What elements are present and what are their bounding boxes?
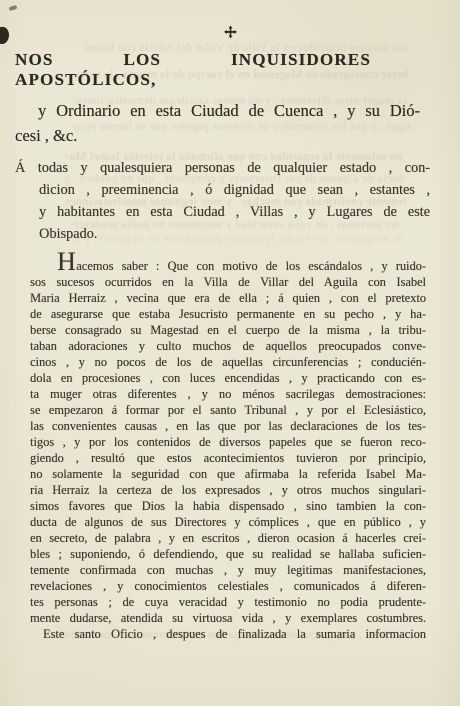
heading-line: cesi , &c. — [15, 123, 420, 148]
body-lines: sos sucesos ocurridos en la Villa de Vil… — [30, 274, 426, 626]
body-line: taban adoraciones y culto muchos de aque… — [30, 338, 426, 354]
body-line: ria Herraiz la certeza de los expresados… — [30, 482, 426, 498]
body-line: revelaciones , y conocimientos celestial… — [30, 578, 426, 594]
heading-line: NOS LOS INQUISIDORES APOSTÓLICOS, — [15, 50, 371, 90]
body-line: cinos , y no pocos de los de aquellas ci… — [30, 354, 426, 370]
maltese-cross-icon — [0, 24, 460, 44]
body-line: giendo , resultó que estos acontecimient… — [30, 450, 426, 466]
body-closing-line: Este santo Oficio , despues de finalizad… — [30, 626, 426, 642]
salutation-line: y habitantes en esta Ciudad , Villas , y… — [15, 201, 430, 223]
raised-initial-capital: H — [57, 247, 76, 276]
salutation-line: dicion , preeminencia , ó dignidad que s… — [15, 179, 430, 201]
body-line: sos sucesos ocurridos en la Villa de Vil… — [30, 274, 426, 290]
body-line: las convenientes causas , en las que por… — [30, 418, 426, 434]
salutation-line: Á todas y qualesquiera personas de qualq… — [15, 157, 430, 179]
body-line: tigos , y por los contenidos de diversos… — [30, 434, 426, 450]
body-line: se empezaron á formar por el santo Tribu… — [30, 402, 426, 418]
body-opening-line: Hacemos saber : Que con motivo de los es… — [30, 258, 426, 274]
salutation-paragraph: Á todas y qualesquiera personas de qualq… — [15, 157, 430, 245]
document-heading: NOS LOS INQUISIDORES APOSTÓLICOS,y Ordin… — [0, 50, 460, 148]
body-opening-line-text: acemos saber : Que con motivo de los esc… — [76, 259, 426, 273]
body-line: ducta de algunos de sus Directores y cóm… — [30, 514, 426, 530]
salutation-line: Obispado. — [15, 223, 430, 245]
body-line: ta muger otras diferentes , y no ménos s… — [30, 386, 426, 402]
body-line: de asegurarse que estaba Jesucristo perm… — [30, 306, 426, 322]
body-line: temente confirmada con muchas , y muy le… — [30, 562, 426, 578]
body-line: tes personas ; de cuya veracidad y testi… — [30, 594, 426, 610]
body-line: no solamente la seguridad con que afirma… — [30, 466, 426, 482]
body-line: berse consagrado su Magestad en el cuerp… — [30, 322, 426, 338]
body-line: mente dudarse, atendida su virtuosa vida… — [30, 610, 426, 626]
body-paragraph: Hacemos saber : Que con motivo de los es… — [30, 258, 426, 642]
body-line: dola en procesiones , con luces encendid… — [30, 370, 426, 386]
body-line: simos favores que Dios la habia dispensa… — [30, 498, 426, 514]
body-line: Maria Herraiz , vecina que era de ella ;… — [30, 290, 426, 306]
body-line: bles ; suponiendo, ó defendiendo, que su… — [30, 546, 426, 562]
document-page: sos sucesos ocurridos en la Villa de Vil… — [0, 0, 460, 706]
heading-line: y Ordinario en esta Ciudad de Cuenca , y… — [38, 98, 420, 123]
ink-speck — [9, 5, 18, 11]
body-line: en secreto, de palabra , y en escritos ,… — [30, 530, 426, 546]
